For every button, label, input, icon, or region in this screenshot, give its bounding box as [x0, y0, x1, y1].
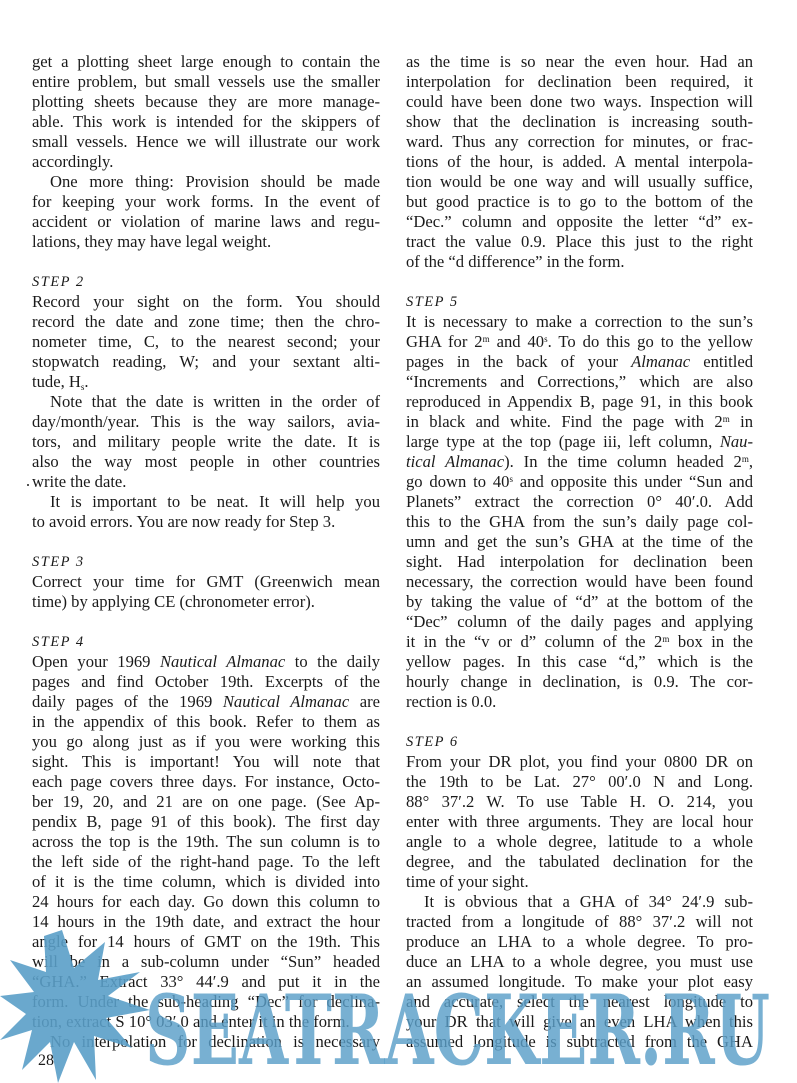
- book-title: Nautical Almanac: [160, 652, 285, 671]
- text-line: “Increments and Corrections,” which are …: [406, 372, 753, 392]
- text-line: your DR that will give an even LHA when …: [406, 1012, 753, 1032]
- text-line: angle for 14 hours of GMT on the 19th. T…: [32, 932, 380, 952]
- text-fragment: daily pages of the 1969: [32, 692, 223, 711]
- step-heading: STEP 2: [32, 272, 380, 292]
- step-heading: STEP 6: [406, 732, 753, 752]
- text-line: this to the GHA from the sun’s daily pag…: [406, 512, 753, 532]
- text-line: degree, and the tabulated declination fo…: [406, 852, 753, 872]
- text-line: ward. Thus any correction for minutes, o…: [406, 132, 753, 152]
- text-line: get a plotting sheet large enough to con…: [32, 52, 380, 72]
- text-line: lations, they may have legal weight.: [32, 232, 380, 252]
- text-line: 24 hours for each day. Go down this colu…: [32, 892, 380, 912]
- text-line: able. This work is intended for the skip…: [32, 112, 380, 132]
- text-line: Open your 1969 Nautical Almanac to the d…: [32, 652, 380, 672]
- text-line: also the way most people in other countr…: [32, 452, 380, 472]
- text-line: GHA for 2m and 40s. To do this go to the…: [406, 332, 753, 352]
- superscript: m: [723, 414, 730, 424]
- text-line: of the “d difference” in the form.: [406, 252, 753, 272]
- text-line: tion would be one way and will usually s…: [406, 172, 753, 192]
- continuation-paragraph: as the time is so near the even hour. Ha…: [406, 52, 753, 272]
- text-line: go down to 40s and opposite this under “…: [406, 472, 753, 492]
- spacer: [32, 612, 380, 632]
- text-line: nometer time, C, to the nearest second; …: [32, 332, 380, 352]
- text-line: ber 19, 20, and 21 are on one page. (See…: [32, 792, 380, 812]
- provision-paragraph: One more thing: Provision should be made…: [32, 172, 380, 252]
- text-line: produce an LHA to a whole degree. To pro…: [406, 932, 753, 952]
- step-heading: STEP 4: [32, 632, 380, 652]
- left-column: get a plotting sheet large enough to con…: [32, 52, 380, 1052]
- text-line: entire problem, but small vessels use th…: [32, 72, 380, 92]
- text-line: each page covers three days. For instanc…: [32, 772, 380, 792]
- text-line: record the date and zone time; then the …: [32, 312, 380, 332]
- text-line: daily pages of the 1969 Nautical Almanac…: [32, 692, 380, 712]
- text-line: you go along just as if you were working…: [32, 732, 380, 752]
- text-line: tion, extract S 10° 03′.0 and enter it i…: [32, 1012, 380, 1032]
- text-line: day/month/year. This is the way sailors,…: [32, 412, 380, 432]
- text-line: It is important to be neat. It will help…: [32, 492, 380, 512]
- text-line: tude, Hs.: [32, 372, 380, 392]
- text-line: necessary, the correction would have bee…: [406, 572, 753, 592]
- step-6-section: STEP 6 From your DR plot, you find your …: [406, 732, 753, 1052]
- text-line: but good practice is to go to the bottom…: [406, 192, 753, 212]
- text-line: pendix B, page 91 of this book). The fir…: [32, 812, 380, 832]
- text-line: time) by applying CE (chronometer error)…: [32, 592, 380, 612]
- step-5-section: STEP 5 It is necessary to make a correct…: [406, 292, 753, 712]
- text-fragment: tude, H: [32, 372, 81, 391]
- text-line: sight. This is important! You will note …: [32, 752, 380, 772]
- text-line: 14 hours in the 19th date, and extract t…: [32, 912, 380, 932]
- text-line: reproduced in Appendix B, page 91, in th…: [406, 392, 753, 412]
- book-title: tical Almanac: [406, 452, 504, 471]
- text-line: hourly change in declination, is 0.9. Th…: [406, 672, 753, 692]
- text-line: Record your sight on the form. You shoul…: [32, 292, 380, 312]
- text-line: accordingly.: [32, 152, 380, 172]
- text-line: write the date.: [32, 472, 380, 492]
- text-line: form. Under the sub-heading “Dec” for de…: [32, 992, 380, 1012]
- text-fragment: and opposite this under “Sun and: [513, 472, 753, 491]
- text-line: show that the declination is increasing …: [406, 112, 753, 132]
- text-fragment: ,: [749, 452, 753, 471]
- book-page: get a plotting sheet large enough to con…: [0, 0, 797, 1083]
- spacer: [406, 712, 753, 732]
- text-line: interpolation for declination been requi…: [406, 72, 753, 92]
- text-line: in the appendix of this book. Refer to t…: [32, 712, 380, 732]
- spacer: [32, 532, 380, 552]
- text-line: could have been done two ways. Inspectio…: [406, 92, 753, 112]
- text-line: tions of the hour, is added. A mental in…: [406, 152, 753, 172]
- text-line: and accurate, select the nearest longitu…: [406, 992, 753, 1012]
- text-line: sight. Had interpolation for declination…: [406, 552, 753, 572]
- step-4-section: STEP 4 Open your 1969 Nautical Almanac t…: [32, 632, 380, 1052]
- text-line: No interpolation for declination is nece…: [32, 1032, 380, 1052]
- text-line: duce an LHA to a whole degree, you must …: [406, 952, 753, 972]
- right-column: as the time is so near the even hour. Ha…: [406, 52, 753, 1052]
- text-line: plotting sheets because they are more ma…: [32, 92, 380, 112]
- text-line: will be in a sub-column under “Sun” head…: [32, 952, 380, 972]
- superscript: m: [483, 334, 490, 344]
- text-line: Correct your time for GMT (Greenwich mea…: [32, 572, 380, 592]
- text-fragment: . To do this go to the yellow: [548, 332, 753, 351]
- step-2-section: STEP 2 Record your sight on the form. Yo…: [32, 272, 380, 532]
- text-line: the 19th to be Lat. 27° 00′.0 N and Long…: [406, 772, 753, 792]
- text-line: From your DR plot, you find your 0800 DR…: [406, 752, 753, 772]
- text-fragment: Open your 1969: [32, 652, 160, 671]
- text-fragment: and 40: [490, 332, 544, 351]
- text-line: pages in the back of your Almanac entitl…: [406, 352, 753, 372]
- text-line: enter with three arguments. They are loc…: [406, 812, 753, 832]
- text-line: across the top is the 19th. The sun colu…: [32, 832, 380, 852]
- text-line: stopwatch reading, W; and your sextant a…: [32, 352, 380, 372]
- step-3-section: STEP 3 Correct your time for GMT (Greenw…: [32, 552, 380, 612]
- text-line: for keeping your work forms. In the even…: [32, 192, 380, 212]
- text-line: angle to a whole degree, latitude to a w…: [406, 832, 753, 852]
- text-fragment: it in the “v or d” column of the 2: [406, 632, 662, 651]
- text-line: tors, and military people write the date…: [32, 432, 380, 452]
- print-speck: [27, 484, 29, 486]
- text-line: it in the “v or d” column of the 2m box …: [406, 632, 753, 652]
- text-line: Planets” extract the correction 0° 40′.0…: [406, 492, 753, 512]
- text-line: large type at the top (page iii, left co…: [406, 432, 753, 452]
- step-heading: STEP 5: [406, 292, 753, 312]
- text-fragment: .: [84, 372, 88, 391]
- text-line: “Dec.” column and opposite the letter “d…: [406, 212, 753, 232]
- book-title: Nau-: [720, 432, 753, 451]
- text-fragment: ). In the time column headed 2: [504, 452, 742, 471]
- text-fragment: pages in the back of your: [406, 352, 631, 371]
- text-line: of it is the time column, which is divid…: [32, 872, 380, 892]
- step-heading: STEP 3: [32, 552, 380, 572]
- text-fragment: are: [349, 692, 380, 711]
- text-line: One more thing: Provision should be made: [32, 172, 380, 192]
- intro-paragraph: get a plotting sheet large enough to con…: [32, 52, 380, 172]
- text-line: Note that the date is written in the ord…: [32, 392, 380, 412]
- text-fragment: GHA for 2: [406, 332, 483, 351]
- text-line: to avoid errors. You are now ready for S…: [32, 512, 380, 532]
- page-number: 28: [38, 1052, 54, 1070]
- text-line: pages and find October 19th. Excerpts of…: [32, 672, 380, 692]
- text-line: assumed longitude is subtracted from the…: [406, 1032, 753, 1052]
- text-line: accident or violation of marine laws and…: [32, 212, 380, 232]
- spacer: [406, 272, 753, 292]
- text-fragment: entitled: [690, 352, 753, 371]
- text-fragment: in black and white. Find the page with 2: [406, 412, 723, 431]
- text-line: an assumed longitude. To make your plot …: [406, 972, 753, 992]
- text-fragment: go down to 40: [406, 472, 509, 491]
- book-title: Nautical Almanac: [223, 692, 349, 711]
- text-line: “GHA.” Extract 33° 44′.9 and put it in t…: [32, 972, 380, 992]
- text-line: by taking the value of “d” at the bottom…: [406, 592, 753, 612]
- text-line: tracted from a longitude of 88° 37′.2 wi…: [406, 912, 753, 932]
- text-line: time of your sight.: [406, 872, 753, 892]
- text-line: It is necessary to make a correction to …: [406, 312, 753, 332]
- text-fragment: to the daily: [285, 652, 380, 671]
- text-fragment: large type at the top (page iii, left co…: [406, 432, 720, 451]
- text-line: 88° 37′.2 W. To use Table H. O. 214, you: [406, 792, 753, 812]
- text-line: yellow pages. In this case “d,” which is…: [406, 652, 753, 672]
- text-line: It is obvious that a GHA of 34° 24′.9 su…: [406, 892, 753, 912]
- book-title: Almanac: [631, 352, 690, 371]
- superscript: m: [742, 454, 749, 464]
- text-line: rection is 0.0.: [406, 692, 753, 712]
- text-line: “Dec” column of the daily pages and appl…: [406, 612, 753, 632]
- text-fragment: in: [730, 412, 753, 431]
- text-line: small vessels. Hence we will illustrate …: [32, 132, 380, 152]
- text-line: in black and white. Find the page with 2…: [406, 412, 753, 432]
- text-line: the left side of the right-hand page. To…: [32, 852, 380, 872]
- text-line: tical Almanac). In the time column heade…: [406, 452, 753, 472]
- text-line: tract the value 0.9. Place this just to …: [406, 232, 753, 252]
- text-line: umn and get the sun’s GHA at the time of…: [406, 532, 753, 552]
- spacer: [32, 252, 380, 272]
- text-fragment: box in the: [669, 632, 753, 651]
- text-line: as the time is so near the even hour. Ha…: [406, 52, 753, 72]
